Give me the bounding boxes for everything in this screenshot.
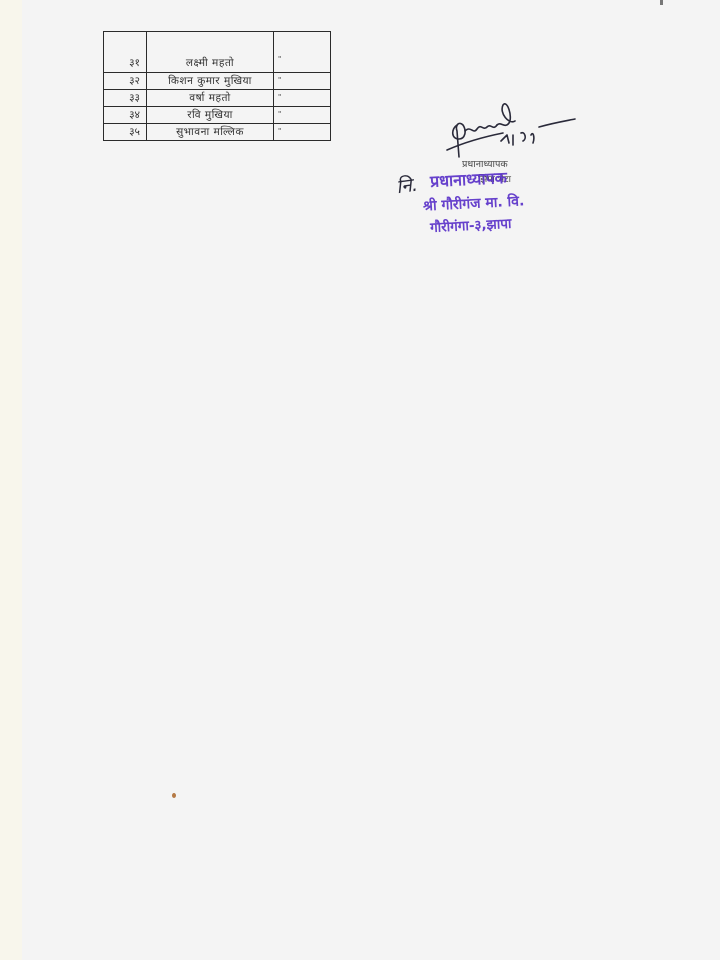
- table-row: ३२ किशन कुमार मुखिया ": [104, 73, 331, 90]
- ditto-mark: ": [274, 73, 331, 90]
- document-page: [22, 0, 720, 960]
- student-name: रवि मुखिया: [147, 107, 274, 124]
- ditto-mark: ": [274, 32, 331, 73]
- student-name: लक्ष्मी महतो: [147, 32, 274, 73]
- table-row: ३४ रवि मुखिया ": [104, 107, 331, 124]
- ditto-mark: ": [274, 107, 331, 124]
- serial-number: ३४: [104, 107, 147, 124]
- student-name: किशन कुमार मुखिया: [147, 73, 274, 90]
- table-row: ३५ सुभावना मल्लिक ": [104, 124, 331, 141]
- serial-number: ३३: [104, 90, 147, 107]
- table-row: ३३ वर्षा महतो ": [104, 90, 331, 107]
- serial-number: ३२: [104, 73, 147, 90]
- table-row: ३१ लक्ष्मी महतो ": [104, 32, 331, 73]
- handwritten-prefix: नि.: [394, 171, 419, 200]
- serial-number: ३१: [104, 32, 147, 73]
- ditto-mark: ": [274, 90, 331, 107]
- scan-artifact-mark: [660, 0, 663, 5]
- scan-margin-strip: [0, 0, 22, 960]
- student-name: सुभावना मल्लिक: [147, 124, 274, 141]
- serial-number: ३५: [104, 124, 147, 141]
- stamp-line-designation: प्रधानाध्यापक: [429, 166, 507, 192]
- student-roster-table: ३१ लक्ष्मी महतो " ३२ किशन कुमार मुखिया "…: [103, 31, 331, 141]
- handwritten-signature: [443, 95, 583, 160]
- student-name: वर्षा महतो: [147, 90, 274, 107]
- scan-speck: [172, 793, 176, 798]
- ditto-mark: ": [274, 124, 331, 141]
